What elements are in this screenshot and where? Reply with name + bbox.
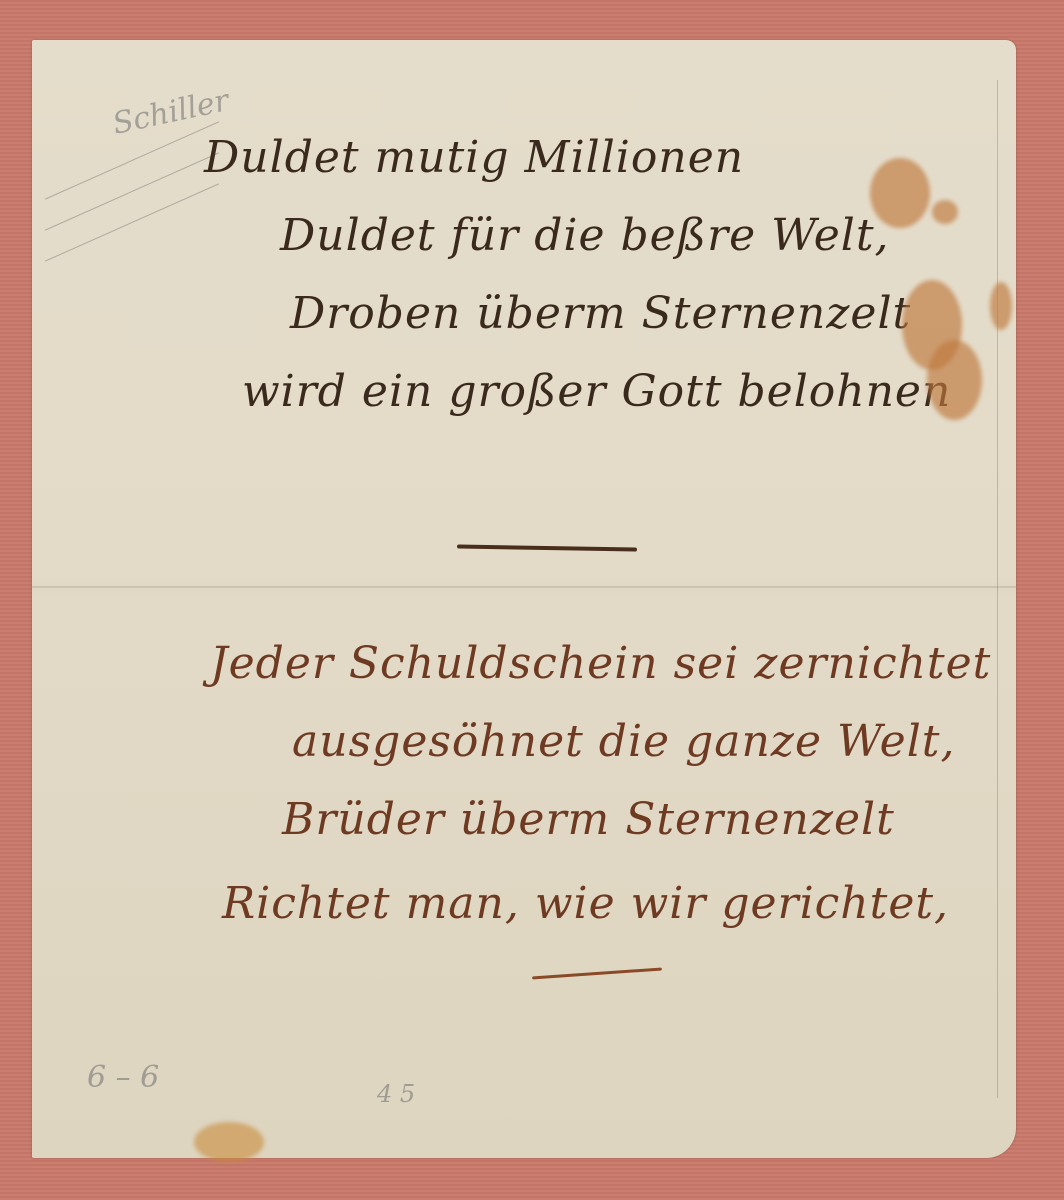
ink-stain [870, 158, 930, 228]
stanza1-line3: Droben überm Sternenzelt [290, 288, 911, 339]
stanza2-line4: Richtet man, wie wir gerichtet, [222, 878, 949, 929]
paper-edge-crease [997, 80, 998, 1098]
stanza-divider-flourish [457, 544, 637, 551]
stanza1-line1: Duldet mutig Millionen [204, 132, 744, 183]
pencil-strokes [37, 160, 227, 253]
stanza2-line1: Jeder Schuldschein sei zernichtet [210, 638, 991, 689]
ink-stain [194, 1122, 264, 1162]
stanza1-line2: Duldet für die beßre Welt, [280, 210, 890, 261]
closing-flourish [532, 967, 662, 979]
ink-stain [927, 340, 982, 420]
pencil-mark-bottom-left: 6 – 6 [87, 1060, 159, 1095]
manuscript-page: Schiller Duldet mutig Millionen Duldet f… [32, 40, 1016, 1158]
stanza1-line4: wird ein großer Gott belohnen [242, 366, 951, 417]
paper-fold-line [32, 586, 1016, 588]
stanza2-line2: ausgesöhnet die ganze Welt, [292, 716, 955, 767]
pencil-mark-bottom-center: 4 5 [377, 1080, 415, 1108]
ink-stain [990, 282, 1012, 330]
ink-stain [932, 200, 958, 224]
stanza2-line3: Brüder überm Sternenzelt [282, 794, 895, 845]
